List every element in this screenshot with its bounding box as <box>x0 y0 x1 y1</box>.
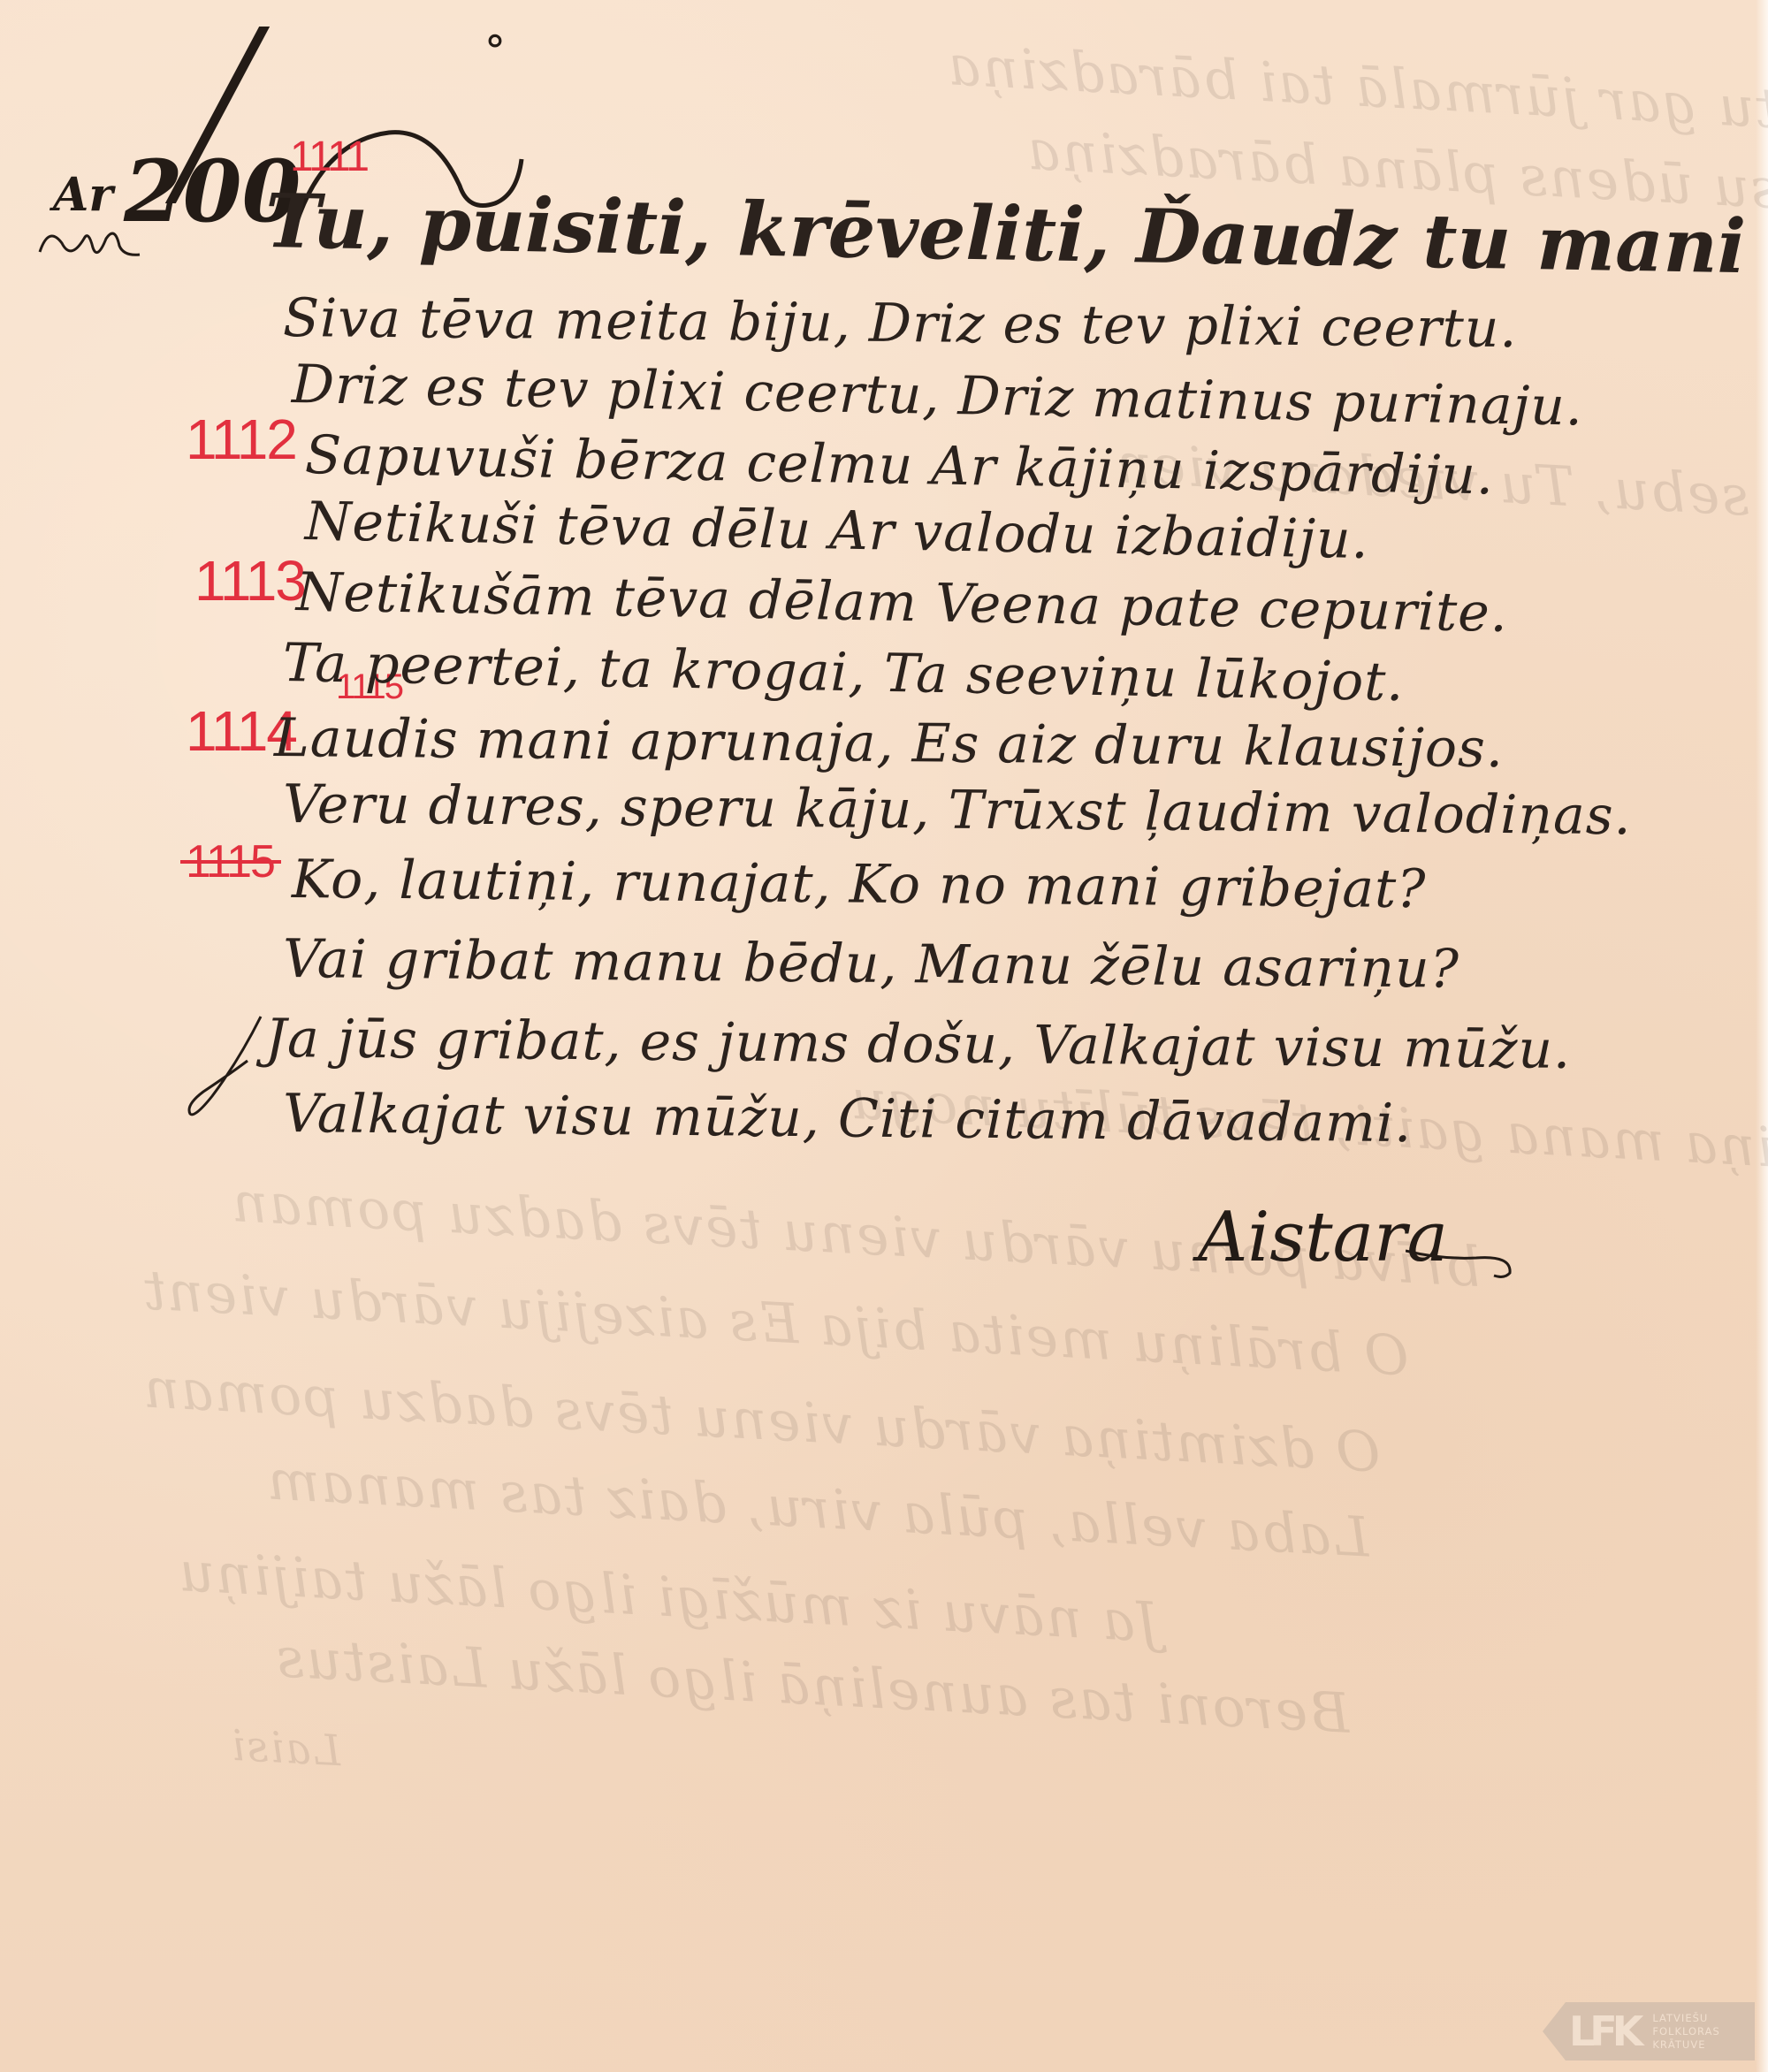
bleed-through-line: Beroni tas auneliņā ilgo lāžu Laistus <box>273 1625 1352 1746</box>
record-underline-flourish <box>35 221 141 265</box>
capital-flourish <box>177 1008 274 1123</box>
paper-edge <box>1756 0 1768 2072</box>
top-ring-mark: ° <box>484 27 506 76</box>
manuscript-page: Nr. Cu vetu gar jūrmalā tai bāradziņa Ja… <box>0 0 1768 2072</box>
poem-line: Driz es tev plixi ceertu, Driz matinus p… <box>291 354 1583 438</box>
poem-line: Vai gribat manu bēdu, Manu žēlu asariņu? <box>283 928 1459 1001</box>
catalogue-number: 1111 <box>290 133 368 181</box>
catalogue-number: 1113 <box>194 548 305 613</box>
catalogue-number-struck: 1115 <box>186 835 274 888</box>
bleed-through-line: Laisi <box>229 1721 343 1777</box>
archive-logo-mark: LFK <box>1569 2007 1638 2055</box>
archive-logo-line: KRĀTUVE <box>1652 2038 1719 2052</box>
archive-logo-text: LATVIEŠU FOLKLORAS KRĀTUVE <box>1652 2012 1719 2052</box>
archive-logo-tag: LFK LATVIEŠU FOLKLORAS KRĀTUVE <box>1543 2002 1755 2061</box>
archive-logo: LFK LATVIEŠU FOLKLORAS KRĀTUVE <box>1543 2000 1755 2063</box>
poem-line: Netikuši tēva dēlu Ar valodu izbaidiju. <box>304 491 1369 571</box>
poem-line: Ta peertei, ta krogai, Ta seeviņu lūkojo… <box>282 632 1405 713</box>
poem-line: Valkajat visu mūžu, Citi citam dāvadami. <box>283 1083 1413 1154</box>
catalogue-number: 1112 <box>186 407 296 472</box>
signature-flourish <box>1406 1242 1529 1286</box>
poem-line: Laudis mani aprunaja, Es aiz duru klausi… <box>274 707 1505 780</box>
record-prefix: Ar <box>53 168 113 222</box>
poem-line: Ko, lautiņi, runajat, Ko no mani gribeja… <box>292 849 1427 920</box>
poem-line: Netikušām tēva dēlam Veena pate cepurite… <box>295 561 1508 644</box>
poem-line: Siva tēva meita biju, Driz es tev plixi … <box>283 287 1518 360</box>
poem-line: Ja jūs gribat, es jums došu, Valkajat vi… <box>265 1008 1572 1081</box>
poem-line: Veru dures, speru kāju, Trūxst ļaudim va… <box>283 773 1632 847</box>
archive-logo-line: FOLKLORAS <box>1652 2025 1719 2038</box>
archive-logo-line: LATVIEŠU <box>1652 2012 1719 2025</box>
